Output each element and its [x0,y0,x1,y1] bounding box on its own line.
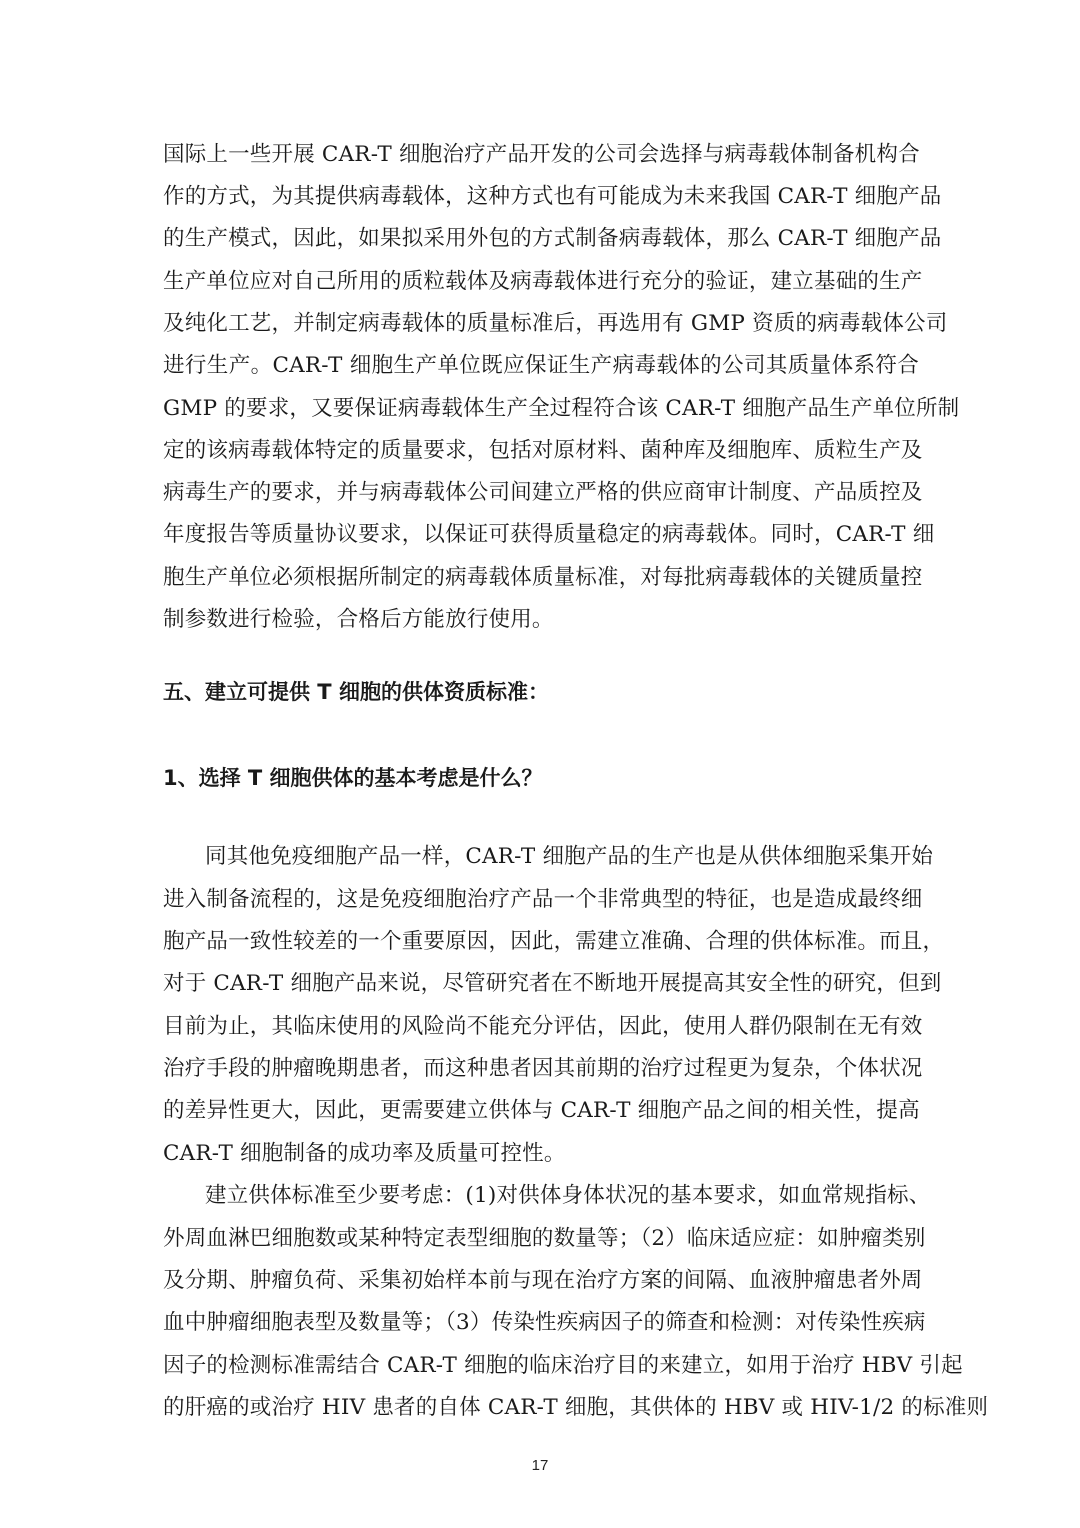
text-line: 血中肿瘤细胞表型及数量等；（3）传染性疾病因子的筛查和检测：对传染性疾病 [163,1309,919,1337]
text-line: 国际上一些开展 CAR-T 细胞治疗产品开发的公司会选择与病毒载体制备机构合 [163,141,919,169]
text-line: 外周血淋巴细胞数或某种特定表型细胞的数量等；（2）临床适应症：如肿瘤类别 [163,1225,919,1253]
text-line: 的肝癌的或治疗 HIV 患者的自体 CAR-T 细胞，其供体的 HBV 或 HI… [163,1394,919,1422]
text-line: 的生产模式，因此，如果拟采用外包的方式制备病毒载体，那么 CAR-T 细胞产品 [163,225,919,253]
text-line: 胞生产单位必须根据所制定的病毒载体质量标准，对每批病毒载体的关键质量控 [163,564,919,592]
text-line: 病毒生产的要求，并与病毒载体公司间建立严格的供应商审计制度、产品质控及 [163,479,919,507]
text-line: 进行生产。CAR-T 细胞生产单位既应保证生产病毒载体的公司其质量体系符合 [163,352,919,380]
text-line: 生产单位应对自己所用的质粒载体及病毒载体进行充分的验证，建立基础的生产 [163,268,919,296]
text-line: 制参数进行检验，合格后方能放行使用。 [163,606,919,634]
text-line: 对于 CAR-T 细胞产品来说，尽管研究者在不断地开展提高其安全性的研究，但到 [163,970,919,998]
text-line: 的差异性更大，因此，更需要建立供体与 CAR-T 细胞产品之间的相关性，提高 [163,1097,919,1125]
text-line: 治疗手段的肿瘤晚期患者，而这种患者因其前期的治疗过程更为复杂，个体状况 [163,1055,919,1083]
text-line: 及纯化工艺，并制定病毒载体的质量标准后，再选用有 GMP 资质的病毒载体公司 [163,310,919,338]
text-line: GMP 的要求，又要保证病毒载体生产全过程符合该 CAR-T 细胞产品生产单位所… [163,395,919,423]
text-line: 胞产品一致性较差的一个重要原因，因此，需建立准确、合理的供体标准。而且， [163,928,919,956]
document-page: 国际上一些开展 CAR-T 细胞治疗产品开发的公司会选择与病毒载体制备机构合 作… [0,0,1080,1528]
text-line: 作的方式，为其提供病毒载体，这种方式也有可能成为未来我国 CAR-T 细胞产品 [163,183,919,211]
text-line: CAR-T 细胞制备的成功率及质量可控性。 [163,1140,919,1168]
text-line: 建立供体标准至少要考虑：(1)对供体身体状况的基本要求，如血常规指标、 [205,1182,919,1210]
text-line: 年度报告等质量协议要求，以保证可获得质量稳定的病毒载体。同时，CAR-T 细 [163,521,919,549]
text-line: 定的该病毒载体特定的质量要求，包括对原材料、菌种库及细胞库、质粒生产及 [163,437,919,465]
section-heading: 五、建立可提供 T 细胞的供体资质标准： [163,678,549,706]
text-line: 及分期、肿瘤负荷、采集初始样本前与现在治疗方案的间隔、血液肿瘤患者外周 [163,1267,919,1295]
text-line: 因子的检测标准需结合 CAR-T 细胞的临床治疗目的来建立，如用于治疗 HBV … [163,1352,919,1380]
text-line: 进入制备流程的，这是免疫细胞治疗产品一个非常典型的特征，也是造成最终细 [163,886,919,914]
page-number: 17 [0,1457,1080,1474]
text-line: 同其他免疫细胞产品一样，CAR-T 细胞产品的生产也是从供体细胞采集开始 [205,843,919,871]
text-line: 目前为止，其临床使用的风险尚不能充分评估，因此，使用人群仍限制在无有效 [163,1013,919,1041]
question-heading: 1、选择 T 细胞供体的基本考虑是什么？ [163,764,543,792]
